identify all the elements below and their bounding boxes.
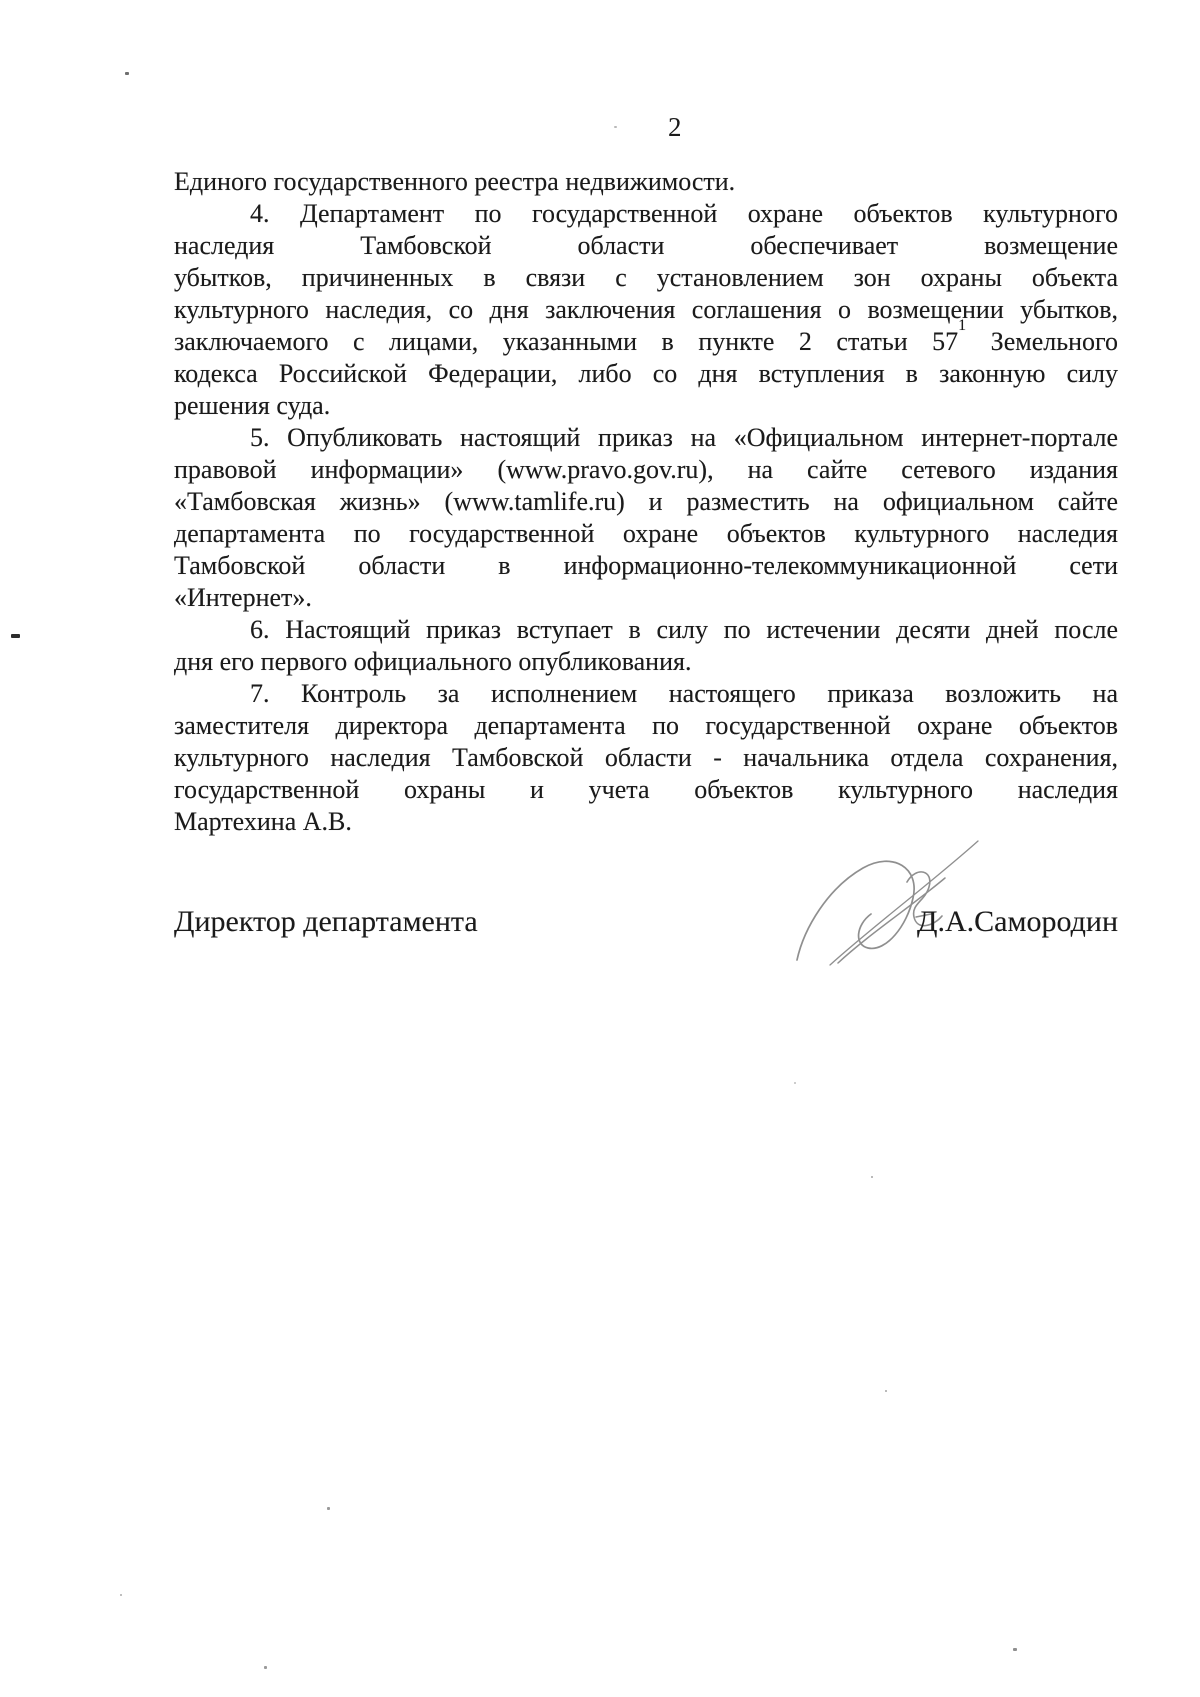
scan-speck: [871, 1176, 873, 1178]
scan-speck: [264, 1666, 267, 1669]
body-line: департамента по государственной охране о…: [174, 518, 1118, 550]
body-line: 6. Настоящий приказ вступает в силу по и…: [174, 614, 1118, 646]
body-line: наследия Тамбовской области обеспечивает…: [174, 230, 1118, 262]
body-line: 5. Опубликовать настоящий приказ на «Офи…: [174, 422, 1118, 454]
body-line: «Тамбовская жизнь» (www.tamlife.ru) и ра…: [174, 486, 1118, 518]
document-body: Единого государственного реестра недвижи…: [174, 166, 1118, 838]
body-line: заключаемого с лицами, указанными в пунк…: [174, 326, 1118, 358]
body-line: кодекса Российской Федерации, либо со дн…: [174, 358, 1118, 390]
signature-block: Директор департамента Д.А.Самородин: [174, 904, 1118, 940]
body-line: культурного наследия, со дня заключения …: [174, 294, 1118, 326]
signature-title: Директор департамента: [174, 904, 478, 940]
body-line: Тамбовской области в информационно-телек…: [174, 550, 1118, 582]
body-line: дня его первого официального опубликован…: [174, 646, 1118, 678]
body-line: «Интернет».: [174, 582, 1118, 614]
body-line: заместителя директора департамента по го…: [174, 710, 1118, 742]
document-page: 2 Единого государственного реестра недви…: [0, 0, 1200, 1697]
scan-speck: [120, 1594, 122, 1596]
scan-speck: [327, 1507, 330, 1510]
scan-speck: [614, 126, 617, 128]
scan-speck: [1013, 1648, 1017, 1651]
body-line: Единого государственного реестра недвижи…: [174, 166, 1118, 198]
superscript: 1: [958, 317, 966, 334]
scan-speck: [125, 72, 129, 75]
signature-scribble: [768, 820, 1000, 972]
signature-name: Д.А.Самородин: [917, 904, 1118, 940]
body-line: государственной охраны и учета объектов …: [174, 774, 1118, 806]
body-line: убытков, причиненных в связи с установле…: [174, 262, 1118, 294]
scan-speck: [794, 1082, 796, 1084]
body-line-text: Земельного: [966, 327, 1118, 356]
body-line: 4. Департамент по государственной охране…: [174, 198, 1118, 230]
body-line: 7. Контроль за исполнением настоящего пр…: [174, 678, 1118, 710]
body-line-text: заключаемого с лицами, указанными в пунк…: [174, 327, 958, 356]
scan-speck: [11, 634, 20, 638]
body-line: решения суда.: [174, 390, 1118, 422]
body-line: культурного наследия Тамбовской области …: [174, 742, 1118, 774]
page-number: 2: [668, 114, 682, 141]
scan-speck: [885, 1390, 887, 1392]
body-line: правовой информации» (www.pravo.gov.ru),…: [174, 454, 1118, 486]
